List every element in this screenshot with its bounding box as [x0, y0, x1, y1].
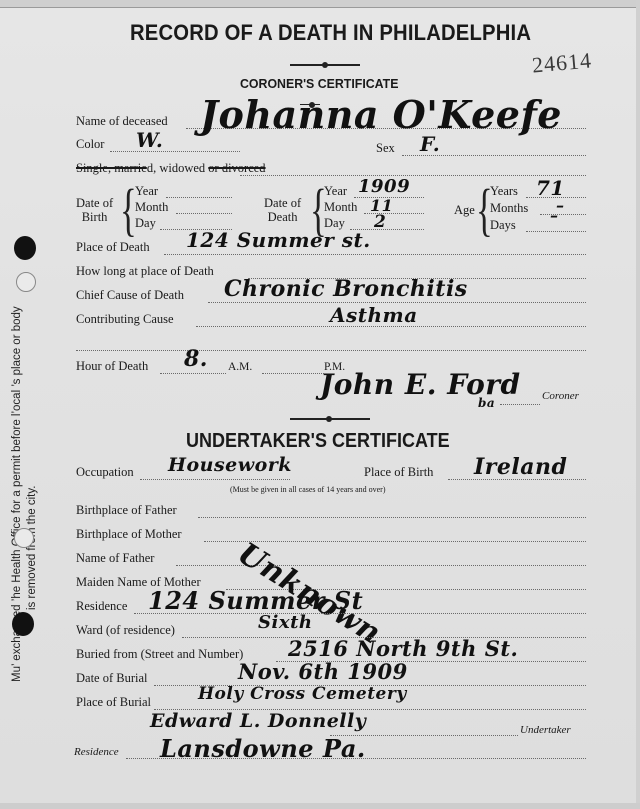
name-label: Name of deceased	[76, 114, 168, 129]
age-days-label: Days	[490, 218, 516, 233]
dob-month-line	[176, 213, 232, 214]
punch-hole-icon	[12, 612, 34, 636]
date-of-death-label: Date of Death	[264, 196, 301, 224]
buried-from-label: Buried from (Street and Number)	[76, 647, 243, 662]
record-number: 24614	[531, 47, 593, 78]
place-of-birth-label: Place of Birth	[364, 465, 433, 480]
scan-top-edge	[0, 0, 640, 8]
punch-hole-icon	[14, 528, 34, 548]
coroner-label: Coroner	[542, 390, 579, 402]
color-value: W.	[136, 128, 163, 152]
age-label: Age	[454, 203, 475, 218]
age-days-line	[526, 231, 586, 232]
punch-hole-icon	[16, 272, 36, 292]
age-months-label: Months	[490, 201, 528, 216]
ornament-divider	[290, 418, 370, 420]
marital-struck-single-married: Single, marrie	[76, 161, 147, 175]
sex-label: Sex	[376, 141, 395, 156]
color-field-line	[110, 151, 240, 152]
marital-widowed: d, widowed	[147, 161, 205, 175]
coroner-initials: ba	[478, 396, 495, 410]
buried-from-value: 2516 North 9th St.	[288, 636, 518, 661]
occupation-note: (Must be given in all cases of 14 years …	[230, 485, 386, 494]
dob-label-line1: Date of	[76, 196, 113, 210]
chief-cause-label: Chief Cause of Death	[76, 288, 184, 303]
how-long-label: How long at place of Death	[76, 264, 214, 279]
hour-of-death-value: 8.	[184, 346, 208, 372]
document-title: RECORD OF A DEATH IN PHILADELPHIA	[130, 20, 531, 46]
undertaker-signature: Edward L. Donnelly	[150, 710, 366, 732]
dod-year-value: 1909	[358, 176, 410, 197]
place-of-burial-value: Holy Cross Cemetery	[198, 684, 407, 704]
residence-value: 124 Summer St	[148, 586, 363, 615]
place-of-burial-label: Place of Burial	[76, 695, 151, 710]
am-label: A.M.	[228, 361, 252, 373]
mother-birthplace-line	[204, 541, 586, 542]
occupation-line	[140, 479, 290, 480]
age-years-label: Years	[490, 184, 518, 199]
dod-label-line1: Date of	[264, 196, 301, 210]
hour-am-line	[160, 373, 226, 374]
color-label: Color	[76, 137, 104, 152]
date-of-burial-value: Nov. 6th 1909	[238, 659, 408, 684]
occupation-value: Housework	[168, 454, 292, 476]
dob-month-label: Month	[135, 200, 168, 215]
place-of-death-line	[164, 254, 586, 255]
place-of-death-value: 124 Summer st.	[186, 228, 371, 252]
contributing-cause-label: Contributing Cause	[76, 312, 174, 327]
dod-month-label: Month	[324, 200, 357, 215]
coroner-certificate-heading: CORONER'S CERTIFICATE	[240, 76, 398, 91]
ward-value: Sixth	[258, 612, 312, 633]
side-note-line-2: is removed from the city.	[25, 92, 40, 682]
contributing-cause-value: Asthma	[330, 303, 418, 327]
marital-field-line	[240, 175, 586, 176]
undertaker-residence-value: Lansdowne Pa.	[160, 734, 366, 763]
date-of-birth-label: Date of Birth	[76, 196, 113, 224]
dod-year-label: Year	[324, 184, 347, 199]
undertaker-residence-label: Residence	[74, 746, 119, 758]
dob-label-line2: Birth	[82, 210, 108, 224]
undertaker-label: Undertaker	[520, 724, 571, 736]
dob-day-label: Day	[135, 216, 156, 231]
father-birthplace-label: Birthplace of Father	[76, 503, 177, 518]
date-of-burial-label: Date of Burial	[76, 671, 148, 686]
chief-cause-value: Chronic Bronchitis	[224, 276, 468, 302]
mother-birthplace-label: Birthplace of Mother	[76, 527, 182, 542]
death-record-document: Mu’ exchanged ’he Health Office for a pe…	[0, 0, 640, 809]
sex-value: F.	[420, 132, 440, 156]
coroner-line	[500, 404, 540, 405]
dob-year-line	[166, 197, 232, 198]
ward-label: Ward (of residence)	[76, 623, 175, 638]
father-name-label: Name of Father	[76, 551, 154, 566]
marital-status-label: Single, married, widowed or divorced	[76, 161, 266, 176]
dod-day-value: 2	[374, 212, 386, 232]
place-of-birth-value: Ireland	[474, 454, 567, 480]
father-birthplace-line	[198, 517, 586, 518]
blank-line	[76, 350, 586, 351]
scan-bottom-edge	[0, 803, 640, 809]
hour-of-death-label: Hour of Death	[76, 359, 148, 374]
dod-label-line2: Death	[268, 210, 298, 224]
residence-label: Residence	[76, 599, 127, 614]
age-days-value: –	[550, 206, 559, 225]
scan-right-edge	[636, 0, 640, 809]
ornament-divider	[290, 64, 360, 66]
occupation-label: Occupation	[76, 465, 134, 480]
hour-pm-line	[262, 373, 324, 374]
dob-year-label: Year	[135, 184, 158, 199]
marital-struck-divorced: or divorced	[208, 161, 265, 175]
name-value: Johanna O'Keefe	[200, 92, 562, 137]
side-instruction-note: Mu’ exchanged ’he Health Office for a pe…	[10, 92, 40, 682]
undertaker-certificate-heading: UNDERTAKER'S CERTIFICATE	[186, 430, 450, 453]
punch-hole-icon	[14, 236, 36, 260]
place-of-death-label: Place of Death	[76, 240, 150, 255]
